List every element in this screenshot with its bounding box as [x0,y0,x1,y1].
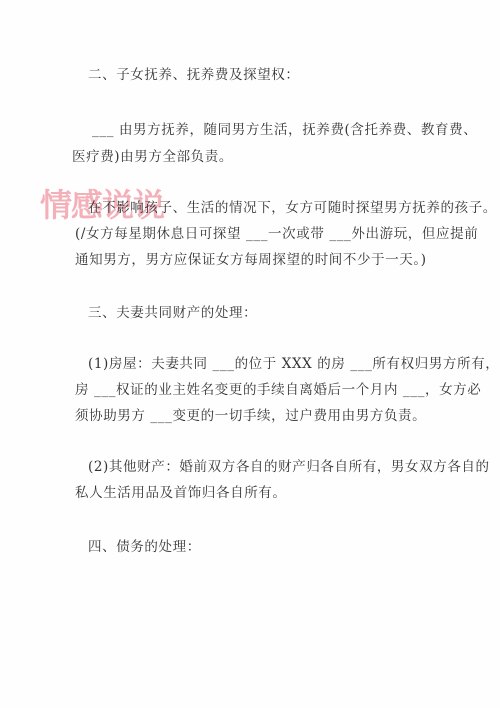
section-heading-custody: 二、子女抚养、抚养费及探望权： [88,66,300,84]
visitation-paragraph-line-2: (/女方每星期休息日可探望 ___一次或带 ___外出游玩，但应提前 [75,225,478,243]
house-paragraph-line-3: 须协助男方 ___变更的一切手续，过户费用由男方负责。 [75,407,426,425]
house-paragraph-line-1: (1)房屋：夫妻共同 ___的位于 XXX 的房 ___所有权归男方所有， [88,355,499,373]
house-paragraph-line-2: 房 ___权证的业主姓名变更的手续自离婚后一个月内 ___，女方必 [75,381,481,399]
section-heading-property: 三、夫妻共同财产的处理： [88,304,257,322]
document-page: 情感说说 二、子女抚养、抚养费及探望权： ___ 由男方抚养，随同男方生活，抚养… [0,0,500,708]
other-property-paragraph-line-2: 私人生活用品及首饰归各自所有。 [75,484,287,502]
custody-paragraph-line-2: 医疗费)由男方全部负责。 [72,148,233,166]
visitation-paragraph-line-1: 在不影响孩子、生活的情况下，女方可随时探望男方抚养的孩子。 [88,199,497,217]
other-property-paragraph-line-1: (2)其他财产：婚前双方各自的财产归各自所有，男女双方各自的 [88,458,490,476]
custody-paragraph-line-1: ___ 由男方抚养，随同男方生活，抚养费(含托养费、教育费、 [92,121,477,139]
visitation-paragraph-line-3: 通知男方，男方应保证女方每周探望的时间不少于一天。) [75,251,427,269]
section-heading-debt: 四、债务的处理： [88,538,201,556]
